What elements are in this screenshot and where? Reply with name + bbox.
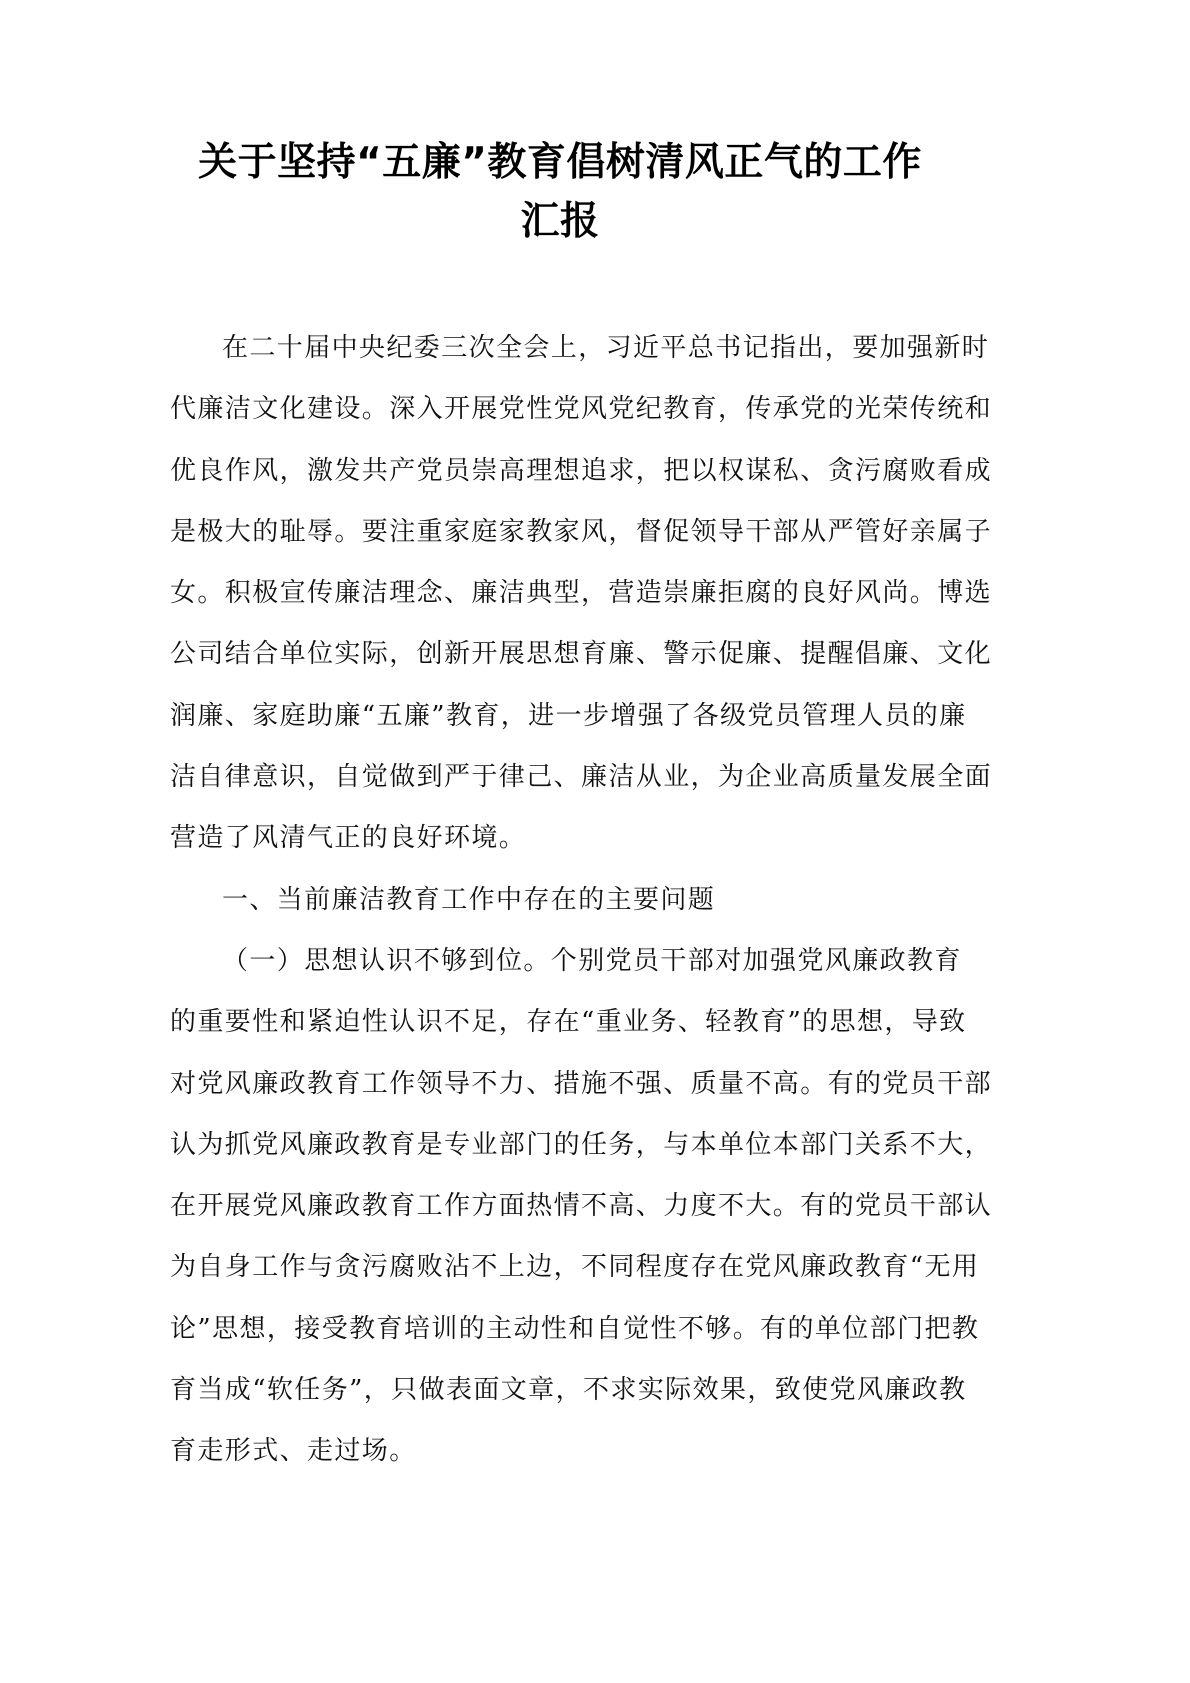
text-line: 育走形式、走过场。 bbox=[170, 1421, 950, 1482]
text-line: 在二十届中央纪委三次全会上，习近平总书记指出，要加强新时 bbox=[170, 318, 950, 379]
text-line: 代廉洁文化建设。深入开展党性党风党纪教育，传承党的光荣传统和 bbox=[170, 379, 950, 440]
text-line: 认为抓党风廉政教育是专业部门的任务，与本单位本部门关系不大， bbox=[170, 1115, 950, 1176]
text-line: 润廉、家庭助廉“五廉”教育，进一步增强了各级党员管理人员的廉 bbox=[170, 686, 950, 747]
text-line: 洁自律意识，自觉做到严于律己、廉洁从业，为企业高质量发展全面 bbox=[170, 747, 950, 808]
text-line: 的重要性和紧迫性认识不足，存在“重业务、轻教育”的思想，导致 bbox=[170, 992, 950, 1053]
document-body: 在二十届中央纪委三次全会上，习近平总书记指出，要加强新时 代廉洁文化建设。深入开… bbox=[170, 318, 950, 1483]
text-line: 公司结合单位实际，创新开展思想育廉、警示促廉、提醒倡廉、文化 bbox=[170, 624, 950, 685]
text-line: 育当成“软任务”，只做表面文章，不求实际效果，致使党风廉政教 bbox=[170, 1360, 950, 1421]
text-line: 论”思想，接受教育培训的主动性和自觉性不够。有的单位部门把教 bbox=[170, 1299, 950, 1360]
text-line: 女。积极宣传廉洁理念、廉洁典型，营造崇廉拒腐的良好风尚。博选 bbox=[170, 563, 950, 624]
section-heading-text: 一、当前廉洁教育工作中存在的主要问题 bbox=[170, 870, 950, 931]
document-title: 关于坚持“五廉”教育倡树清风正气的工作 汇报 bbox=[160, 133, 960, 251]
paragraph-intro: 在二十届中央纪委三次全会上，习近平总书记指出，要加强新时 代廉洁文化建设。深入开… bbox=[170, 318, 950, 870]
text-line: 是极大的耻辱。要注重家庭家教家风，督促领导干部从严管好亲属子 bbox=[170, 502, 950, 563]
title-line-2: 汇报 bbox=[160, 192, 960, 251]
section-heading-1: 一、当前廉洁教育工作中存在的主要问题 bbox=[170, 870, 950, 931]
text-line: 在开展党风廉政教育工作方面热情不高、力度不大。有的党员干部认 bbox=[170, 1176, 950, 1237]
text-line: 为自身工作与贪污腐败沾不上边，不同程度存在党风廉政教育“无用 bbox=[170, 1237, 950, 1298]
title-line-1: 关于坚持“五廉”教育倡树清风正气的工作 bbox=[160, 133, 960, 192]
text-line: 优良作风，激发共产党员崇高理想追求，把以权谋私、贪污腐败看成 bbox=[170, 441, 950, 502]
text-line: 对党风廉政教育工作领导不力、措施不强、质量不高。有的党员干部 bbox=[170, 1054, 950, 1115]
text-line: 营造了风清气正的良好环境。 bbox=[170, 808, 950, 869]
document-page: 关于坚持“五廉”教育倡树清风正气的工作 汇报 在二十届中央纪委三次全会上，习近平… bbox=[0, 0, 1190, 1683]
paragraph-issue-1: （一）思想认识不够到位。个别党员干部对加强党风廉政教育 的重要性和紧迫性认识不足… bbox=[170, 931, 950, 1483]
text-line: （一）思想认识不够到位。个别党员干部对加强党风廉政教育 bbox=[170, 931, 950, 992]
